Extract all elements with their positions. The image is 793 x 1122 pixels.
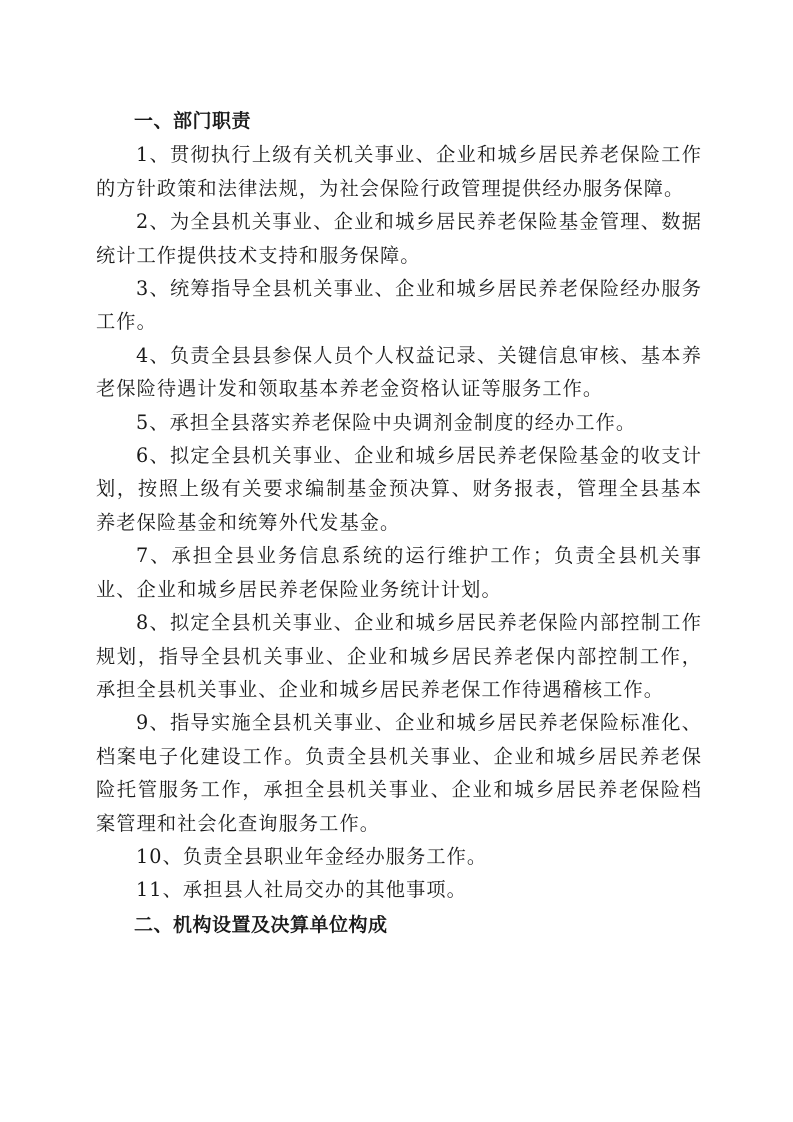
section-heading-organization: 二、机构设置及决算单位构成	[96, 909, 702, 942]
duty-paragraph-3: 3、统筹指导全县机关事业、企业和城乡居民养老保险经办服务工作。	[96, 272, 702, 339]
duty-paragraph-4: 4、负责全县县参保人员个人权益记录、关键信息审核、基本养老保险待遇计发和领取基本…	[96, 339, 702, 406]
document-page: 一、部门职责 1、贯彻执行上级有关机关事业、企业和城乡居民养老保险工作的方针政策…	[96, 105, 702, 942]
duty-paragraph-9: 9、指导实施全县机关事业、企业和城乡居民养老保险标准化、档案电子化建设工作。负责…	[96, 706, 702, 840]
section-heading-duties: 一、部门职责	[96, 105, 702, 138]
duty-paragraph-6: 6、拟定全县机关事业、企业和城乡居民养老保险基金的收支计划，按照上级有关要求编制…	[96, 439, 702, 539]
duty-paragraph-11: 11、承担县人社局交办的其他事项。	[96, 873, 702, 906]
duty-paragraph-8: 8、拟定全县机关事业、企业和城乡居民养老保险内部控制工作规划，指导全县机关事业、…	[96, 606, 702, 706]
duty-paragraph-2: 2、为全县机关事业、企业和城乡居民养老保险基金管理、数据统计工作提供技术支持和服…	[96, 205, 702, 272]
duty-paragraph-5: 5、承担全县落实养老保险中央调剂金制度的经办工作。	[96, 406, 702, 439]
duty-paragraph-1: 1、贯彻执行上级有关机关事业、企业和城乡居民养老保险工作的方针政策和法律法规，为…	[96, 138, 702, 205]
duty-paragraph-7: 7、承担全县业务信息系统的运行维护工作；负责全县机关事业、企业和城乡居民养老保险…	[96, 539, 702, 606]
duty-paragraph-10: 10、负责全县职业年金经办服务工作。	[96, 840, 702, 873]
